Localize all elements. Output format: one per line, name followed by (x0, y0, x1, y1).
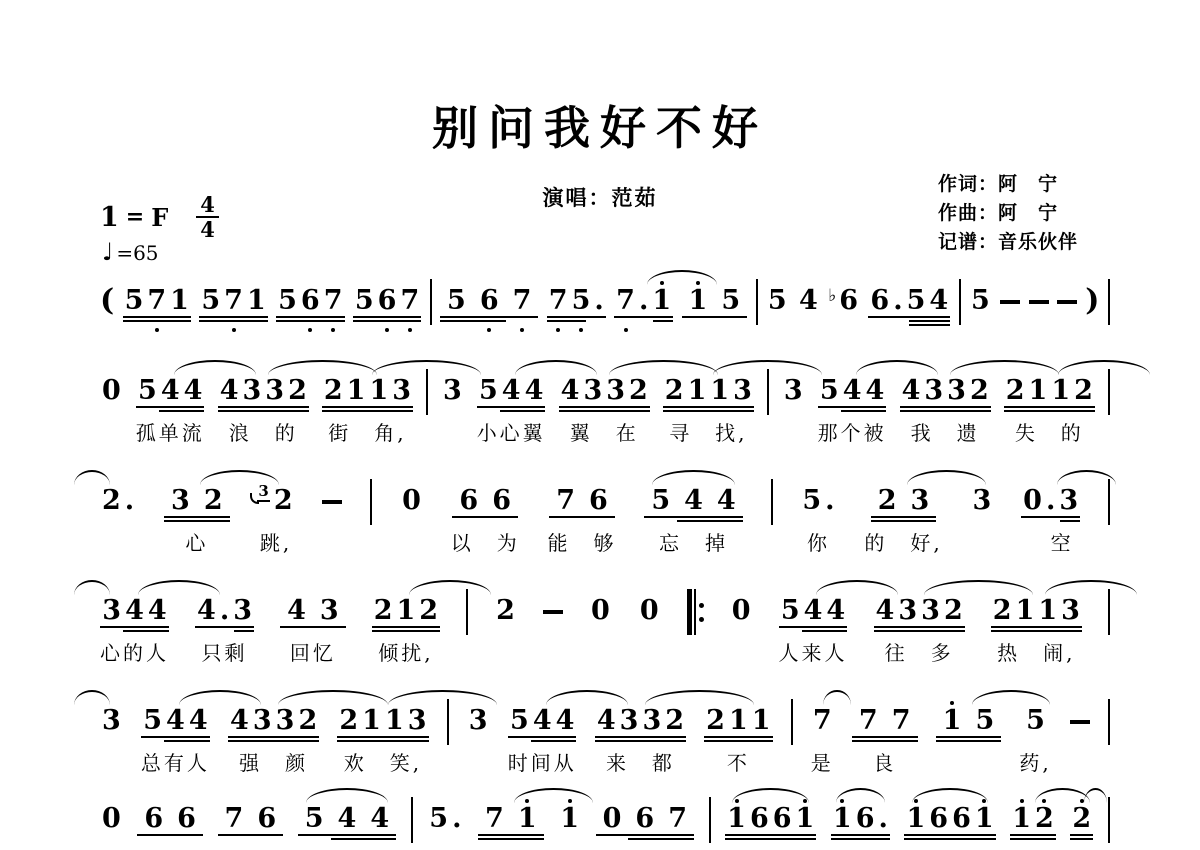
barline (447, 707, 449, 745)
note-group: 544时间从 (508, 707, 577, 776)
lyric-text: 只剩 (202, 637, 248, 666)
note-group: 571 (123, 287, 191, 315)
duration-dash (1029, 287, 1049, 304)
barline (430, 287, 432, 325)
lyric-text: 总有人 (141, 747, 210, 776)
barline (1108, 707, 1110, 745)
barline (756, 287, 758, 325)
quarter-note-icon: ♩ (102, 238, 113, 266)
note-group: 4332我 遗 (900, 377, 991, 446)
lyric-text: 那个被 (818, 417, 887, 446)
note-group: 1661 (904, 805, 995, 833)
note-group: 0 (638, 597, 661, 625)
lyric-text: 能 够 (548, 527, 617, 556)
slur-arc (609, 360, 718, 375)
note-group: 567 (440, 287, 538, 315)
note-group: 4.3只剩 (195, 597, 254, 666)
lyric-text: 往 多 (885, 637, 954, 666)
key-name: F (151, 203, 168, 232)
note-group: 4 (797, 287, 820, 315)
note-group: 5 (969, 287, 992, 315)
note-group: 71 (478, 805, 544, 833)
duration-dash (1000, 287, 1020, 304)
barline (771, 487, 773, 525)
note-group: 0 (730, 597, 753, 625)
slur-arc (372, 360, 481, 375)
note-group: 567 (353, 287, 421, 315)
note-group: 544那个被 (818, 377, 887, 446)
lyric-text: 不 (727, 747, 750, 776)
lyric-text: 心的人 (100, 637, 169, 666)
slur-arc (816, 580, 898, 595)
time-signature-denominator: 4 (200, 218, 215, 240)
note-group: 211不 (704, 707, 772, 776)
lyric-text: 孤单流 (136, 417, 205, 446)
slur-arc (515, 360, 597, 375)
note-group: 5药, (1019, 707, 1051, 776)
slur-arc (546, 690, 628, 705)
note-group: 2113热 闹, (991, 597, 1082, 666)
slur-arc (74, 690, 110, 705)
note-group: 76 (218, 805, 284, 833)
slur-arc (924, 580, 1033, 595)
lyric-text: 时间从 (508, 747, 577, 776)
barline (1108, 487, 1110, 525)
slur-arc (74, 580, 110, 595)
lyric-text: 强 颜 (239, 747, 308, 776)
barline (959, 287, 961, 325)
duration-dash (1070, 707, 1090, 724)
barline (791, 707, 793, 745)
note-group: ♭6 (828, 287, 860, 318)
barline (1108, 377, 1110, 415)
note-group: 5. (427, 805, 463, 833)
note-group: 43回忆 (280, 597, 346, 666)
note-group: 4332翼 在 (559, 377, 650, 446)
note-group: 32心 (164, 487, 230, 556)
note-group: 4332往 多 (874, 597, 965, 666)
composer-credit: 作曲：阿 宁 (938, 199, 1078, 228)
time-signature-numerator: 4 (196, 194, 219, 218)
slur-arc (950, 360, 1059, 375)
slur-arc (200, 470, 279, 485)
score-line: 344心的人4.3只剩43回忆212倾扰,2000544人来人4332往 多21… (100, 597, 1110, 666)
duration-dash (322, 487, 342, 504)
note-group: 3 (782, 377, 805, 405)
note-group: 2113寻 找, (663, 377, 754, 446)
note-group: 2 (1070, 805, 1093, 833)
lyric-text: 小心翼 (477, 417, 546, 446)
slur-arc (652, 470, 735, 485)
barline (709, 805, 711, 843)
slur-arc (836, 788, 886, 803)
lyric-text: 回忆 (290, 637, 336, 666)
note-group: 6.54 (868, 287, 950, 315)
note-group: 15 (936, 707, 1002, 735)
note-group: 3 (971, 487, 994, 515)
barline (426, 377, 428, 415)
lyric-text: 我 遗 (911, 417, 980, 446)
slur-arc (74, 470, 110, 485)
barline (1108, 805, 1110, 843)
lyric-text: 热 闹, (997, 637, 1075, 666)
note-group: 3 (441, 377, 464, 405)
lyric-text: 心 (185, 527, 208, 556)
note-group: 76能 够 (548, 487, 617, 556)
lyric-text: 药, (1019, 747, 1051, 776)
slur-arc (1058, 360, 1149, 375)
note-group: 4332来 都 (595, 707, 686, 776)
lyric-text: 欢 笑, (344, 747, 422, 776)
duration-dash (543, 597, 563, 614)
slur-arc (388, 690, 497, 705)
note-group: 75. (547, 287, 606, 315)
note-group: 32跳, (257, 487, 294, 556)
lyric-text: 街 角, (328, 417, 406, 446)
note-group: 544小心翼 (477, 377, 546, 446)
note-group: 16. (831, 805, 890, 833)
slur-arc (179, 690, 261, 705)
note-group: 0.3 空 (1021, 487, 1080, 556)
note-group: 2 (494, 597, 517, 625)
lyric-text: 浪 的 (229, 417, 298, 446)
note-group: 571 (199, 287, 267, 315)
note-group: 544 (298, 805, 396, 833)
slur-arc (138, 580, 220, 595)
slur-arc (713, 360, 822, 375)
lyric-text: 空 (1028, 527, 1074, 556)
lyric-text: 的 好, (864, 527, 942, 556)
note-group: 3 (100, 707, 123, 735)
note-group: 1 (558, 805, 581, 833)
lyric-text: 倾扰, (378, 637, 433, 666)
lyric-text: 跳, (260, 527, 292, 556)
note-group: 7.1 (614, 287, 673, 315)
slur-arc (732, 788, 809, 803)
note-group: 0 (100, 805, 123, 833)
barline (466, 597, 468, 635)
barline (1108, 287, 1110, 325)
slur-arc (1035, 788, 1090, 803)
note-group: 2. (100, 487, 136, 515)
lyric-text: 你 (807, 527, 830, 556)
slur-arc (268, 360, 377, 375)
note-group: 66以 为 (451, 487, 520, 556)
key-equals-sign: = (126, 204, 144, 230)
duration-dash (1057, 287, 1077, 304)
lyric-text: 是 (811, 747, 834, 776)
score-line: 2.32心32跳,066以 为76能 够544忘 掉5.你23的 好,30.3 … (100, 487, 1110, 556)
page-title: 别问我好不好 (0, 92, 1200, 158)
note-group: 23的 好, (864, 487, 942, 556)
score-line: 066765445.711067166116.1661122 (100, 805, 1110, 843)
credits-block: 作词：阿 宁 作曲：阿 宁 记谱：音乐伙伴 (938, 170, 1078, 257)
lyricist-credit: 作词：阿 宁 (938, 170, 1078, 199)
barline (411, 805, 413, 843)
slur-arc (1057, 470, 1116, 485)
key-signature: 1 = F 4 4 (100, 194, 219, 240)
note-group: 3 (467, 707, 490, 735)
lyric-text: 人来人 (779, 637, 848, 666)
slur-arc (647, 270, 718, 285)
barline (767, 377, 769, 415)
slur-arc (645, 690, 754, 705)
slur-arc (1045, 580, 1136, 595)
note-group: 344心的人 (100, 597, 169, 666)
parenthesis: ) (1085, 287, 1099, 315)
note-group: 77良 (852, 707, 918, 776)
note-group: 15 (682, 287, 748, 315)
note-group: 0 (400, 487, 423, 515)
note-group: 067 (596, 805, 694, 833)
slur-arc (278, 690, 387, 705)
note-group: 544总有人 (141, 707, 210, 776)
barline (370, 487, 372, 525)
lyric-text: 良 (873, 747, 896, 776)
note-group: 2113街 角, (322, 377, 413, 446)
note-group: 2113欢 笑, (337, 707, 428, 776)
lyric-text: 忘 掉 (659, 527, 728, 556)
slur-arc (409, 580, 491, 595)
note-group: 5 (766, 287, 789, 315)
score-line: 0544孤单流4332浪 的2113街 角,3544小心翼4332翼 在2113… (100, 377, 1110, 446)
repeat-start-sign (687, 597, 704, 635)
note-group: 4332强 颜 (228, 707, 319, 776)
note-group: 567 (276, 287, 344, 315)
note-group: 66 (137, 805, 203, 833)
slur-arc (856, 360, 938, 375)
slur-arc (972, 690, 1051, 705)
slur-arc (306, 788, 389, 803)
time-signature: 4 4 (196, 194, 219, 240)
slur-arc (514, 788, 593, 803)
note-group: 5.你 (800, 487, 836, 556)
lyric-text: 寻 找, (669, 417, 747, 446)
lyric-text: 来 都 (606, 747, 675, 776)
parenthesis: ( (100, 287, 114, 315)
note-group: 544孤单流 (136, 377, 205, 446)
slur-arc (912, 788, 989, 803)
barline (1108, 597, 1110, 635)
tempo-marking: ♩=65 (102, 238, 159, 266)
note-group: 7是 (811, 707, 834, 776)
note-group: 0 (100, 377, 123, 405)
slur-arc (174, 360, 256, 375)
tempo-value: =65 (116, 241, 158, 265)
note-group: 4332浪 的 (218, 377, 309, 446)
slur-arc (907, 470, 986, 485)
slur-arc (823, 690, 850, 705)
note-group: 544忘 掉 (644, 487, 742, 556)
note-group: 12 (1010, 805, 1056, 833)
note-group: 544人来人 (779, 597, 848, 666)
score-line: (57157156756756775.7.11554♭66.545) (100, 287, 1110, 325)
key-do-number: 1 (100, 202, 119, 233)
lyric-text: 翼 在 (570, 417, 639, 446)
note-group: 212倾扰, (372, 597, 440, 666)
note-group: 0 (589, 597, 612, 625)
score-line: 3544总有人4332强 颜2113欢 笑,3544时间从4332来 都211不… (100, 707, 1110, 776)
sheet-music-page: { "header": { "title": "别问我好不好", "singer… (0, 0, 1200, 850)
grace-note: 3 (257, 484, 269, 502)
note-group: 1661 (725, 805, 816, 833)
lyric-text: 以 为 (451, 527, 520, 556)
notation-credit: 记谱：音乐伙伴 (938, 228, 1078, 257)
flat-sign: ♭ (828, 282, 837, 310)
note-group: 2112失 的 (1004, 377, 1095, 446)
lyric-text: 失 的 (1015, 417, 1084, 446)
